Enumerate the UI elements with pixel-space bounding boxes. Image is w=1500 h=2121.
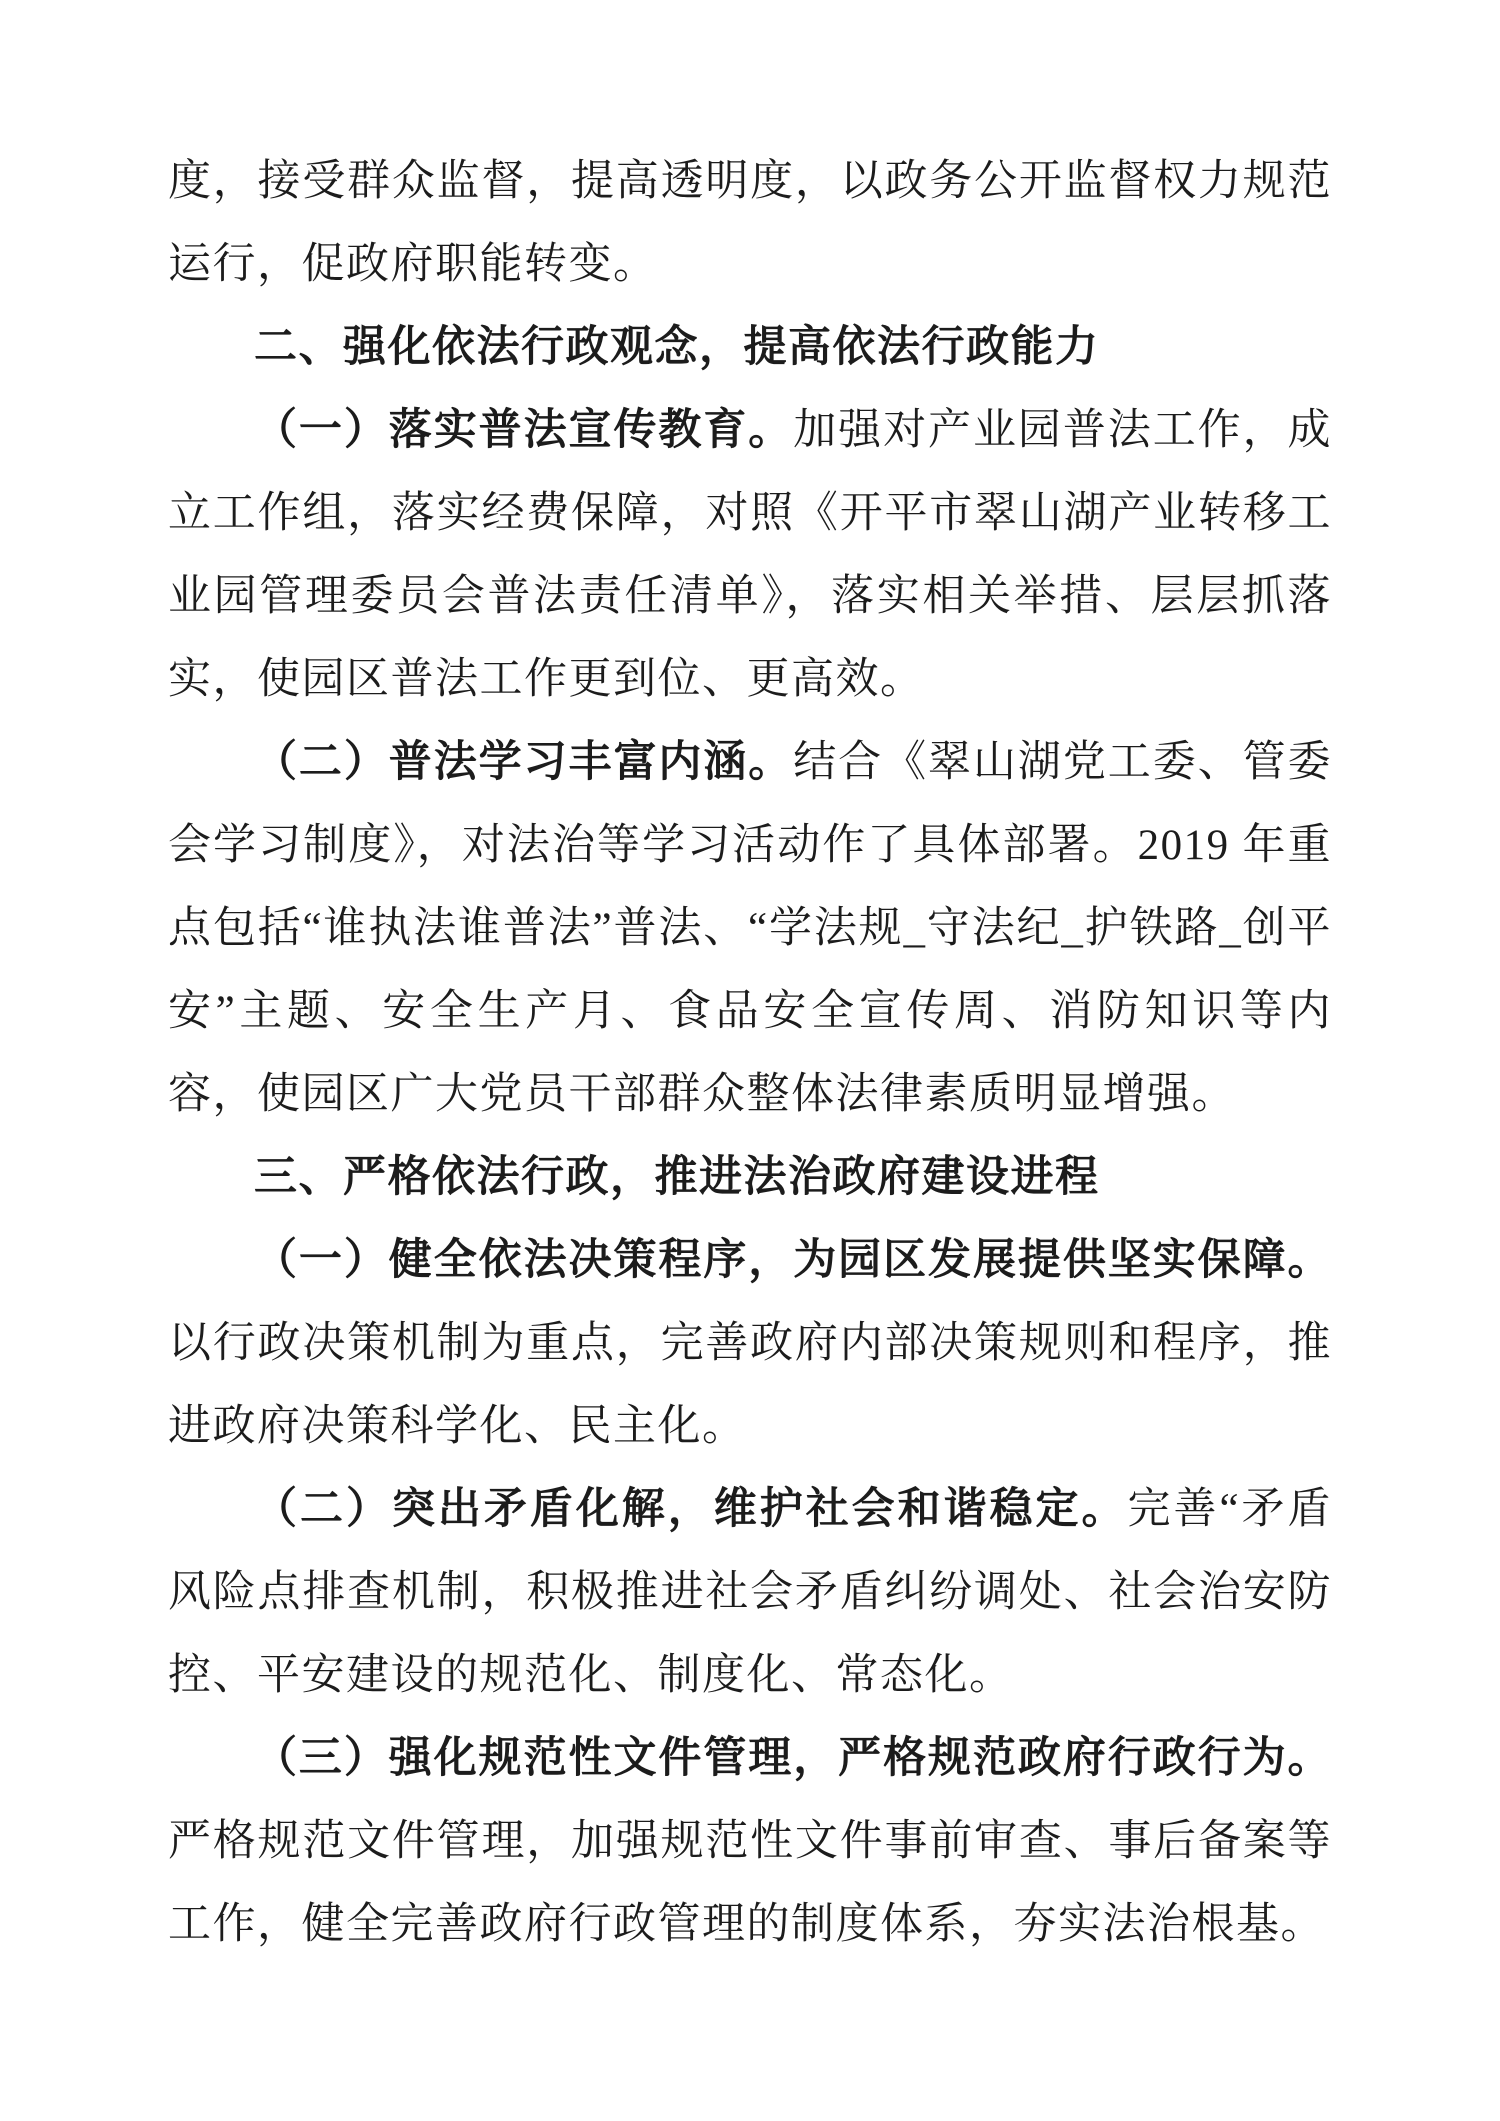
subheading-text: （一）健全依法决策程序，为园区发展提供坚实保障。: [254, 1237, 1332, 1284]
paragraph-3-2: （二）突出矛盾化解，维护社会和谐稳定。完善“矛盾风险点排查机制，积极推进社会矛盾…: [168, 1468, 1332, 1717]
subheading-text: （三）强化规范性文件管理，严格规范政府行政行为。: [254, 1735, 1332, 1782]
paragraph-2-2: （二）普法学习丰富内涵。结合《翠山湖党工委、管委会学习制度》，对法治等学习活动作…: [168, 721, 1332, 1136]
document-page: 度，接受群众监督，提高透明度，以政务公开监督权力规范运行，促政府职能转变。 二、…: [0, 0, 1500, 2121]
paragraph-2-1: （一）落实普法宣传教育。加强对产业园普法工作，成立工作组，落实经费保障，对照《开…: [168, 389, 1332, 721]
section-heading-2: 二、强化依法行政观念，提高依法行政能力: [168, 306, 1332, 389]
body-text: 以行政决策机制为重点，完善政府内部决策规则和程序，推进政府决策科学化、民主化。: [168, 1320, 1332, 1450]
subheading-text: （二）突出矛盾化解，维护社会和谐稳定。: [254, 1486, 1128, 1533]
heading-text: 三、严格依法行政，推进法治政府建设进程: [254, 1154, 1100, 1201]
subheading-text: （一）落实普法宣传教育。: [254, 407, 793, 454]
paragraph-3-3: （三）强化规范性文件管理，严格规范政府行政行为。严格规范文件管理，加强规范性文件…: [168, 1717, 1332, 1966]
document-body: 度，接受群众监督，提高透明度，以政务公开监督权力规范运行，促政府职能转变。 二、…: [168, 140, 1332, 1966]
paragraph-continuation: 度，接受群众监督，提高透明度，以政务公开监督权力规范运行，促政府职能转变。: [168, 140, 1332, 306]
body-text: 严格规范文件管理，加强规范性文件事前审查、事后备案等工作，健全完善政府行政管理的…: [168, 1818, 1332, 1948]
section-heading-3: 三、严格依法行政，推进法治政府建设进程: [168, 1136, 1332, 1219]
body-text: 度，接受群众监督，提高透明度，以政务公开监督权力规范运行，促政府职能转变。: [168, 158, 1332, 288]
body-text: 结合《翠山湖党工委、管委会学习制度》，对法治等学习活动作了具体部署。2019 年…: [168, 739, 1332, 1118]
subheading-text: （二）普法学习丰富内涵。: [254, 739, 793, 786]
paragraph-3-1: （一）健全依法决策程序，为园区发展提供坚实保障。以行政决策机制为重点，完善政府内…: [168, 1219, 1332, 1468]
heading-text: 二、强化依法行政观念，提高依法行政能力: [254, 324, 1100, 371]
